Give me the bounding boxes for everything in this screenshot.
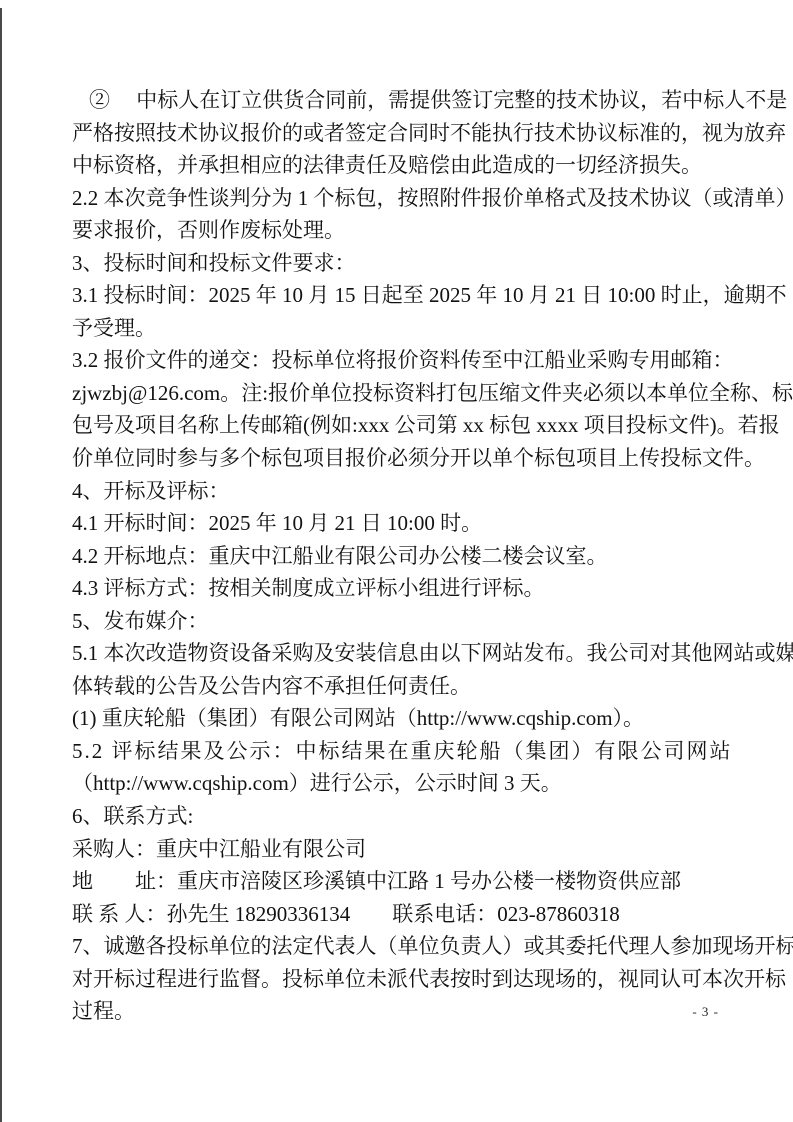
document-line: 2.2 本次竞争性谈判分为 1 个标包，按照附件报价单格式及技术协议（或清单） [72, 182, 740, 215]
document-line: 联 系 人：孙先生 18290336134 联系电话：023-87860318 [72, 898, 740, 931]
document-line: 7、诚邀各投标单位的法定代表人（单位负责人）或其委托代理人参加现场开标， [72, 930, 740, 963]
document-page: ② 中标人在订立供货合同前，需提供签订完整的技术协议，若中标人不是严格按照技术协… [0, 0, 793, 1122]
document-line: 中标资格，并承担相应的法律责任及赔偿由此造成的一切经济损失。 [72, 149, 740, 182]
document-line: 价单位同时参与多个标包项目报价必须分开以单个标包项目上传投标文件。 [72, 442, 740, 475]
document-line: 4、开标及评标： [72, 475, 740, 508]
document-line: 4.2 开标地点：重庆中江船业有限公司办公楼二楼会议室。 [72, 540, 740, 573]
document-line: 过程。 [72, 995, 740, 1028]
document-line: 4.1 开标时间：2025 年 10 月 21 日 10:00 时。 [72, 507, 740, 540]
document-line: 采购人：重庆中江船业有限公司 [72, 833, 740, 866]
document-line: 4.3 评标方式：按相关制度成立评标小组进行评标。 [72, 572, 740, 605]
document-line: 5.2 评标结果及公示：中标结果在重庆轮船（集团）有限公司网站 [72, 735, 740, 768]
document-line: 要求报价，否则作废标处理。 [72, 214, 740, 247]
document-line: 严格按照技术协议报价的或者签定合同时不能执行技术协议标准的，视为放弃 [72, 117, 740, 150]
document-line: 5.1 本次改造物资设备采购及安装信息由以下网站发布。我公司对其他网站或媒 [72, 637, 740, 670]
document-line: (1) 重庆轮船（集团）有限公司网站（http://www.cqship.com… [72, 702, 740, 735]
document-line: （http://www.cqship.com）进行公示，公示时间 3 天。 [72, 767, 740, 800]
document-line: 对开标过程进行监督。投标单位未派代表按时到达现场的，视同认可本次开标 [72, 963, 740, 996]
document-line: 3.2 报价文件的递交：投标单位将报价资料传至中江船业采购专用邮箱： [72, 344, 740, 377]
document-line: 3.1 投标时间：2025 年 10 月 15 日起至 2025 年 10 月 … [72, 279, 740, 312]
document-line: 予受理。 [72, 312, 740, 345]
document-line: ② 中标人在订立供货合同前，需提供签订完整的技术协议，若中标人不是 [72, 84, 740, 117]
document-line: 6、联系方式: [72, 800, 740, 833]
document-line: 地 址：重庆市涪陵区珍溪镇中江路 1 号办公楼一楼物资供应部 [72, 865, 740, 898]
document-line: zjwzbj@126.com。注:报价单位投标资料打包压缩文件夹必须以本单位全称… [72, 377, 740, 410]
page-number: - 3 - [692, 1003, 719, 1021]
document-line: 5、发布媒介： [72, 605, 740, 638]
document-line: 3、投标时间和投标文件要求： [72, 247, 740, 280]
document-line: 体转载的公告及公告内容不承担任何责任。 [72, 670, 740, 703]
document-line: 包号及项目名称上传邮箱(例如:xxx 公司第 xx 标包 xxxx 项目投标文件… [72, 409, 740, 442]
scan-edge-artifact [0, 8, 2, 1122]
document-content: ② 中标人在订立供货合同前，需提供签订完整的技术协议，若中标人不是严格按照技术协… [72, 84, 740, 1028]
